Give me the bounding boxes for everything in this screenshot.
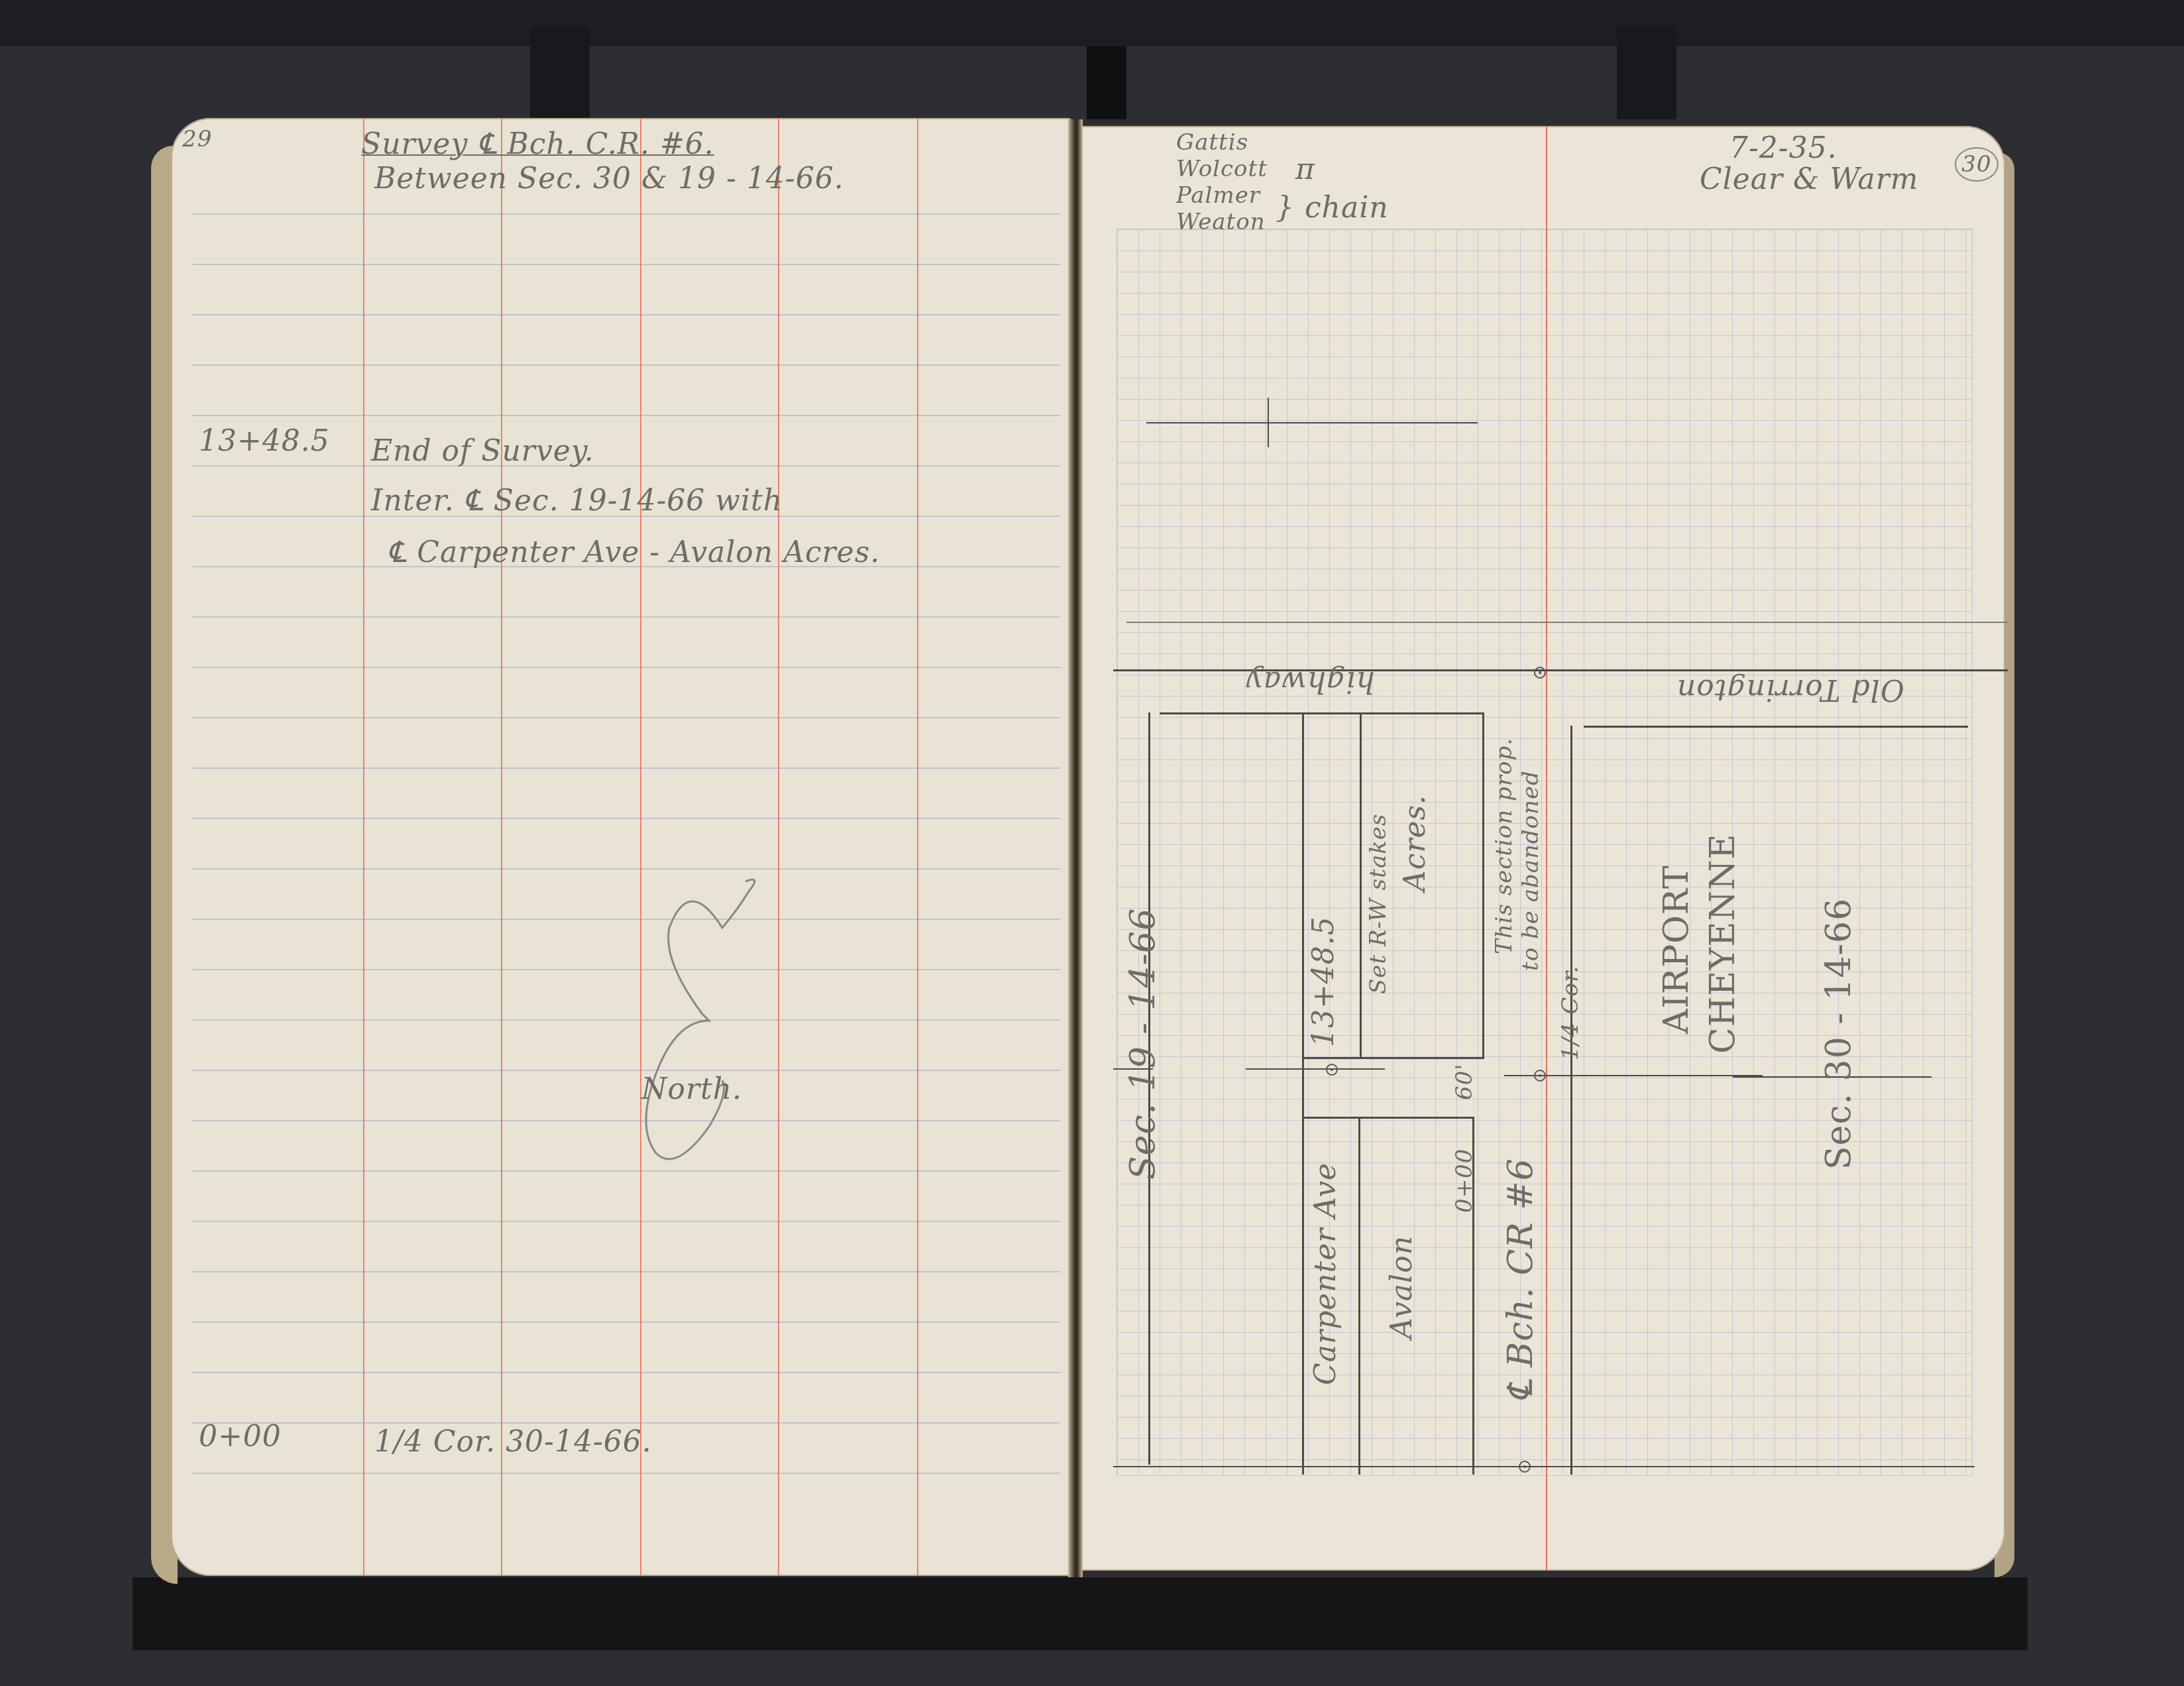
entry-line: End of Survey. (371, 434, 594, 468)
entry-line: ℄ Carpenter Ave - Avalon Acres. (388, 535, 880, 569)
abandon-note-line1: This section prop. (1491, 738, 1517, 954)
quarter-corner-label: 1/4 Cor. (1557, 966, 1584, 1060)
survey-date: 7-2-35. (1729, 131, 1837, 165)
tray-bar-top (0, 0, 2184, 46)
sec-30-label: Sec. 30 - 14-66 (1819, 898, 1859, 1170)
tray-shadow-bottom (133, 1577, 2028, 1650)
road-line-lower-right (1584, 726, 1968, 728)
entry-line: 1/4 Cor. 30-14-66. (374, 1425, 652, 1459)
set-stakes-label: Set R-W stakes (1365, 814, 1392, 994)
highway-label: highway (1246, 665, 1375, 699)
crew-member: Weaton (1176, 209, 1266, 235)
avalon-top-line (1302, 1117, 1474, 1119)
cheyenne-label: CHEYENNE (1703, 834, 1743, 1054)
centerline-label: ℄ Bch. CR #6 (1501, 1158, 1541, 1402)
survey-point-top (1534, 667, 1546, 679)
tray-divider-right (1617, 27, 1676, 119)
section-line-mid (1246, 1068, 1385, 1070)
sec-19-label: Sec. 19 - 14-66 (1123, 908, 1163, 1180)
airport-left-line (1570, 726, 1572, 1475)
avalon-left-line (1358, 1117, 1360, 1475)
centerline-red (1546, 673, 1547, 1475)
entry-line: Inter. ℄ Sec. 19-14-66 with (371, 484, 783, 518)
acres-bottom-line (1302, 1057, 1484, 1059)
carpenter-ave-left-line (1302, 712, 1304, 1475)
road-line-lower-left (1160, 712, 1484, 714)
bottom-line (1113, 1466, 1975, 1467)
north-label: North. (641, 1072, 742, 1106)
right-page-number: 30 (1955, 147, 1998, 182)
graph-grid (1117, 229, 1973, 1476)
road-line-upper (1126, 622, 2008, 623)
crew-member: Palmer (1176, 182, 1260, 209)
weather: Clear & Warm (1700, 162, 1919, 196)
avalon-label: Avalon (1385, 1235, 1419, 1339)
station-start: 0+00 (199, 1420, 282, 1453)
carpenter-ave-right-line (1360, 712, 1362, 1057)
survey-point-station-end (1326, 1064, 1338, 1076)
notebook-spine (1068, 119, 1083, 1577)
old-torrington-label: Old Torrington (1676, 673, 1904, 706)
sketch-tick (1268, 398, 1269, 447)
survey-title: Survey ℄ Bch. C.R. #6. (361, 127, 714, 161)
tray-divider-left (530, 27, 590, 119)
carpenter-ave-label: Carpenter Ave (1309, 1162, 1342, 1385)
tray-divider-center (1087, 46, 1126, 119)
abandon-note-line2: to be abandoned (1517, 770, 1544, 971)
survey-subtitle: Between Sec. 30 & 19 - 14-66. (374, 162, 844, 196)
station-start-label: 0+00 (1451, 1149, 1478, 1213)
station-end-label: 13+48.5 (1307, 916, 1340, 1047)
station-end: 13+48.5 (199, 424, 330, 458)
survey-point-quarter-corner (1534, 1070, 1546, 1082)
survey-point-bottom (1519, 1461, 1531, 1473)
instrument-symbol-icon: π (1295, 152, 1315, 186)
acres-label: Acres. (1398, 795, 1432, 891)
chain-label: } chain (1276, 191, 1389, 225)
crew-member: Gattis (1176, 129, 1248, 156)
left-page-number: 29 (182, 126, 212, 152)
north-arrow-icon (623, 862, 782, 1166)
sketch-line (1146, 422, 1478, 423)
airport-label: AIRPORT (1657, 865, 1696, 1034)
left-page (171, 118, 1072, 1576)
crew-member: Wolcott (1176, 156, 1268, 182)
sixty-ft-label: 60' (1451, 1063, 1478, 1100)
acres-right-line (1482, 712, 1484, 1057)
